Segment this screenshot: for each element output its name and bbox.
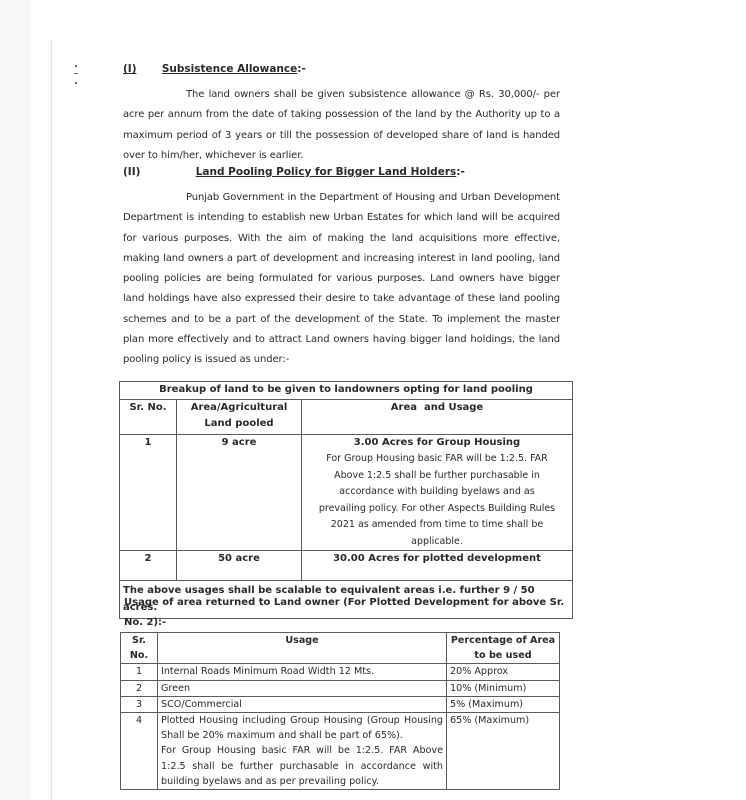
header-percentage: Percentage of Area to be used (447, 633, 560, 664)
area-usage-table: Sr. No. Usage Percentage of Area to be u… (120, 632, 560, 790)
row-usage: 30.00 Acres for plotted development (302, 551, 573, 581)
section-1-heading: (I) Subsistence Allowance:- (123, 63, 306, 75)
row-sr: 2 (121, 680, 158, 696)
row-percentage: 10% (Minimum) (447, 680, 560, 696)
table-row: 3 SCO/Commercial 5% (Maximum) (121, 696, 560, 712)
header-sr-no: Sr. No. (120, 399, 177, 434)
header-area-pooled: Area/Agricultural Land pooled (177, 399, 302, 434)
section-1-number: (I) (123, 63, 137, 75)
row-usage: Plotted Housing including Group Housing … (158, 713, 447, 790)
row-percentage: 65% (Maximum) (447, 713, 560, 790)
section-2-title: Land Pooling Policy for Bigger Land Hold… (196, 166, 457, 178)
row-usage-main: Plotted Housing including Group Housing … (161, 713, 443, 743)
section-2-suffix: :- (456, 166, 465, 178)
header-sr-no: Sr. No. (121, 633, 158, 664)
section-2-number: (II) (123, 166, 140, 178)
row-sr: 3 (121, 696, 158, 712)
table-row: 4 Plotted Housing including Group Housin… (121, 713, 560, 790)
section-1-suffix: :- (297, 63, 306, 75)
row-usage-detail: For Group Housing basic FAR will be 1:2.… (305, 451, 569, 550)
land-breakup-table: Breakup of land to be given to landowner… (119, 381, 573, 619)
header-usage: Usage (158, 633, 447, 664)
row-usage: Internal Roads Minimum Road Width 12 Mts… (158, 664, 447, 680)
row-sr: 1 (120, 434, 177, 551)
section-1-body: The land owners shall be given subsisten… (123, 85, 560, 166)
row-usage: SCO/Commercial (158, 696, 447, 712)
land-breakup-table-title: Breakup of land to be given to landowner… (120, 382, 573, 400)
row-percentage: 5% (Maximum) (447, 696, 560, 712)
section-2-body: Punjab Government in the Department of H… (123, 188, 560, 371)
document-page: (I) Subsistence Allowance:- The land own… (0, 0, 746, 800)
row-usage-title: 30.00 Acres for plotted development (305, 551, 569, 568)
table-row: 1 9 acre 3.00 Acres for Group Housing Fo… (120, 434, 573, 551)
row-sr: 4 (121, 713, 158, 790)
row-percentage: 20% Approx (447, 664, 560, 680)
section-1-paragraph: The land owners shall be given subsisten… (123, 85, 560, 166)
section-1-title: Subsistence Allowance (162, 63, 297, 75)
row-sr: 2 (120, 551, 177, 581)
table-row: 2 Green 10% (Minimum) (121, 680, 560, 696)
section-3-heading: Usage of area returned to Land owner (Fo… (124, 593, 569, 633)
row-usage-extra: For Group Housing basic FAR will be 1:2.… (161, 743, 443, 789)
header-area-usage: Area and Usage (302, 399, 573, 434)
row-area: 9 acre (177, 434, 302, 551)
row-usage: 3.00 Acres for Group Housing For Group H… (302, 434, 573, 551)
table-row: 2 50 acre 30.00 Acres for plotted develo… (120, 551, 573, 581)
table-row: 1 Internal Roads Minimum Road Width 12 M… (121, 664, 560, 680)
row-sr: 1 (121, 664, 158, 680)
row-usage: Green (158, 680, 447, 696)
row-usage-title: 3.00 Acres for Group Housing (305, 435, 569, 452)
section-2-heading: (II) Land Pooling Policy for Bigger Land… (123, 166, 465, 178)
row-area: 50 acre (177, 551, 302, 581)
section-2-paragraph: Punjab Government in the Department of H… (123, 188, 560, 371)
